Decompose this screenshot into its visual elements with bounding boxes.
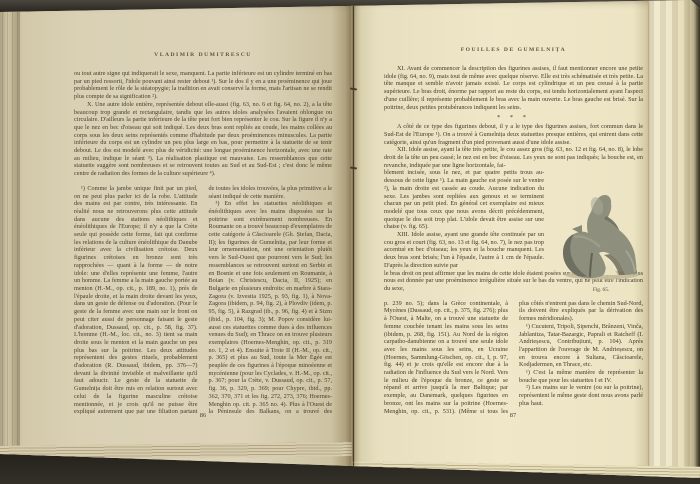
right-page-fore-edge (648, 0, 700, 484)
footnote-1b: ¹) C'est la même manière de représenter … (519, 369, 643, 384)
right-footnote-column-2: plus côtés n'entrent pas dans le chemin … (519, 300, 643, 415)
seated-figurine-photo (552, 193, 650, 281)
footnote-2: ²) Les mains sur le ventre (ou sur la po… (519, 384, 643, 407)
left-page-number: 86 (74, 412, 332, 419)
footnote-3: ³) En effet les statuettes néolithiques … (209, 200, 333, 414)
footnote-continuation: plus côtés n'entrent pas dans le chemin … (519, 300, 643, 323)
paragraph-xii-wide: XII. Idole assise, ayant la tête très pe… (384, 146, 643, 169)
right-footnote-column-1: p. 239 no. 5); dans la Grèce continental… (384, 300, 508, 415)
book-gutter-fold (353, 0, 354, 484)
figure-caption: Fig. 65. (552, 287, 650, 293)
open-book: VLADIMIR DUMITRESCU ou tout autre signe … (0, 0, 700, 484)
paragraph-intro-assises: A côté de ce type des figurines debout, … (384, 123, 643, 146)
asterism-separator: * * * (384, 114, 643, 121)
left-paragraph-continuation: ou tout autre signe qui indiquerait le s… (74, 70, 332, 101)
right-page-number: 87 (384, 412, 642, 419)
footnote-continuation: p. 239 no. 5); dans la Grèce continental… (384, 300, 508, 415)
scanned-book-spread: VLADIMIR DUMITRESCU ou tout autre signe … (0, 0, 700, 484)
left-footnote-column-1: ¹) Comme la jambe unique finit par un pi… (74, 185, 198, 414)
left-page-edges (0, 0, 20, 484)
figure-65: Fig. 65. (552, 193, 650, 293)
paragraph-xiii-narrow: XIII. Idole assise, ayant une grande têt… (384, 231, 544, 270)
paragraph-xi: XI. Avant de commencer la description de… (384, 65, 643, 111)
right-running-header: FOUILLES DE GUMELNIȚA (384, 47, 643, 53)
paragraph-xii-narrow: blement incisée, sous le nez, et par qua… (384, 169, 544, 231)
footnote-continuation: de toutes les idoles trouvées, la plus p… (209, 185, 333, 200)
left-footnotes: ¹) Comme la jambe unique finit par un pi… (74, 185, 332, 414)
left-running-header: VLADIMIR DUMITRESCU (74, 52, 332, 58)
footnote-1: ¹) Comme la jambe unique finit par un pi… (74, 185, 198, 414)
left-page-text-block: VLADIMIR DUMITRESCU ou tout autre signe … (74, 52, 332, 414)
right-footnotes: p. 239 no. 5); dans la Grèce continental… (384, 300, 643, 415)
left-paragraph-x: X. Une autre idole entière, représentée … (74, 101, 332, 178)
footnote-1: ¹) Cucuteni, Tripoli, Șipenchi, Brânzeni… (519, 323, 643, 369)
left-footnote-column-2: de toutes les idoles trouvées, la plus p… (209, 185, 333, 414)
